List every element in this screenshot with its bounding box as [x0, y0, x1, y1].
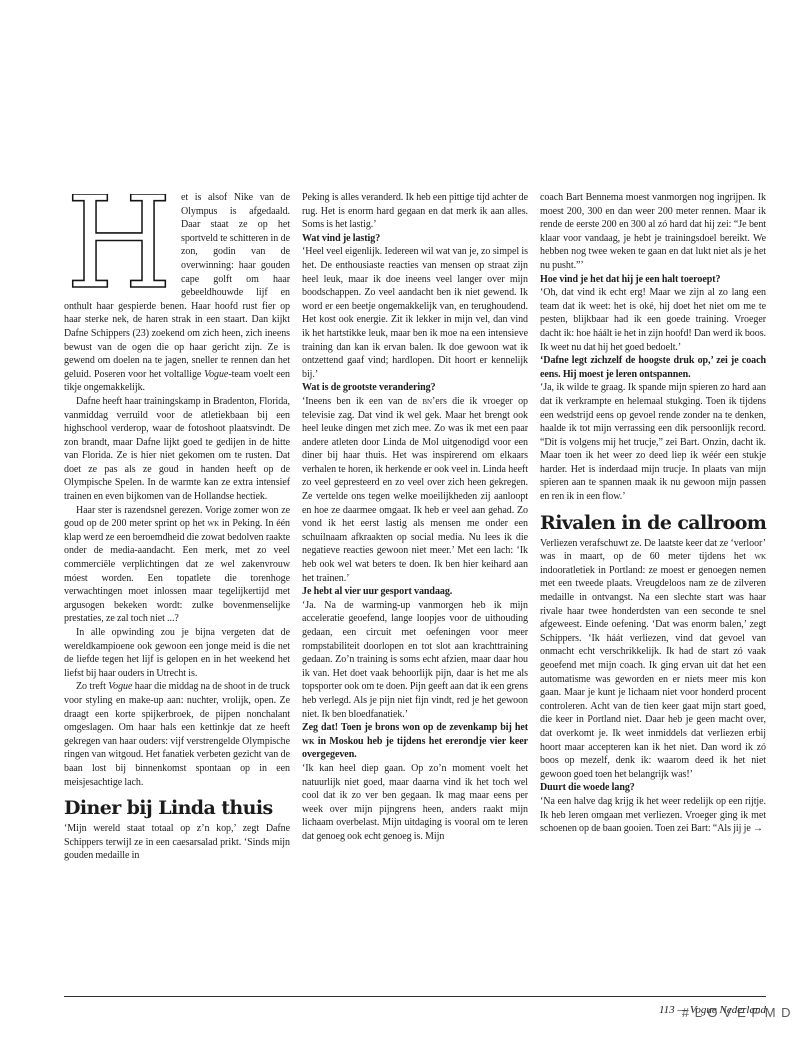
drop-cap: H	[64, 194, 174, 290]
article-body: Het is alsof Nike van de Olympus is afge…	[64, 191, 766, 863]
body-paragraph: In alle opwinding zou je bijna vergeten …	[64, 626, 290, 680]
interview-question: Duurt die woede lang?	[540, 781, 766, 795]
svg-text:H: H	[66, 194, 172, 290]
lead-paragraph: Het is alsof Nike van de Olympus is afge…	[64, 191, 290, 395]
body-paragraph: ‘Ineens ben ik een van de bn’ers die ik …	[302, 395, 528, 585]
heading-diner-bij-linda-thuis: Diner bij Linda thuis	[64, 797, 290, 819]
interview-question: Je hebt al vier uur gesport vandaag.	[302, 585, 528, 599]
magazine-page: Het is alsof Nike van de Olympus is afge…	[0, 0, 800, 1037]
body-paragraph: ‘Mijn wereld staat totaal op z’n kop,’ z…	[64, 822, 290, 863]
body-paragraph: Zo treft Vogue haar die middag na de sho…	[64, 680, 290, 789]
body-paragraph: Haar ster is razendsnel gerezen. Vorige …	[64, 504, 290, 626]
body-paragraph: ‘Ja. Na de warming-up vanmorgen heb ik m…	[302, 599, 528, 721]
body-paragraph: Dafne heeft haar trainingskamp in Braden…	[64, 395, 290, 504]
interview-question: Wat is de grootste verandering?	[302, 381, 528, 395]
text-column-2: Peking is alles veranderd. Ik heb een pi…	[302, 191, 528, 863]
body-paragraph: ‘Ja, ik wilde te graag. Ik spande mijn s…	[540, 381, 766, 503]
interview-question: Hoe vind je het dat hij je een halt toer…	[540, 273, 766, 287]
interview-question: ‘Dafne legt zichzelf de hoogste druk op,…	[540, 354, 766, 381]
watermark-text: #LOVEFMD	[682, 1005, 796, 1020]
text-column-3: coach Bart Bennema moest vanmorgen nog i…	[540, 191, 766, 863]
body-paragraph: Peking is alles veranderd. Ik heb een pi…	[302, 191, 528, 232]
body-paragraph: Verliezen verafschuwt ze. De laatste kee…	[540, 537, 766, 782]
interview-question: Wat vind je lastig?	[302, 232, 528, 246]
body-paragraph: ‘Na een halve dag krijg ik het weer rede…	[540, 795, 766, 836]
text-column-1: Het is alsof Nike van de Olympus is afge…	[64, 191, 290, 863]
page-number-credit: 113 — Vogue Nederland	[64, 1004, 766, 1016]
body-paragraph: coach Bart Bennema moest vanmorgen nog i…	[540, 191, 766, 273]
body-paragraph: ‘Heel veel eigenlijk. Iedereen wil wat v…	[302, 245, 528, 381]
body-paragraph: ‘Oh, dat vind ik echt erg! Maar we zijn …	[540, 286, 766, 354]
interview-question: Zeg dat! Toen je brons won op de zevenka…	[302, 721, 528, 762]
footer-divider	[64, 996, 766, 997]
heading-rivalen-in-de-callroom: Rivalen in de callroom	[540, 512, 766, 534]
body-paragraph: ‘Ik kan heel diep gaan. Op zo’n moment v…	[302, 762, 528, 844]
